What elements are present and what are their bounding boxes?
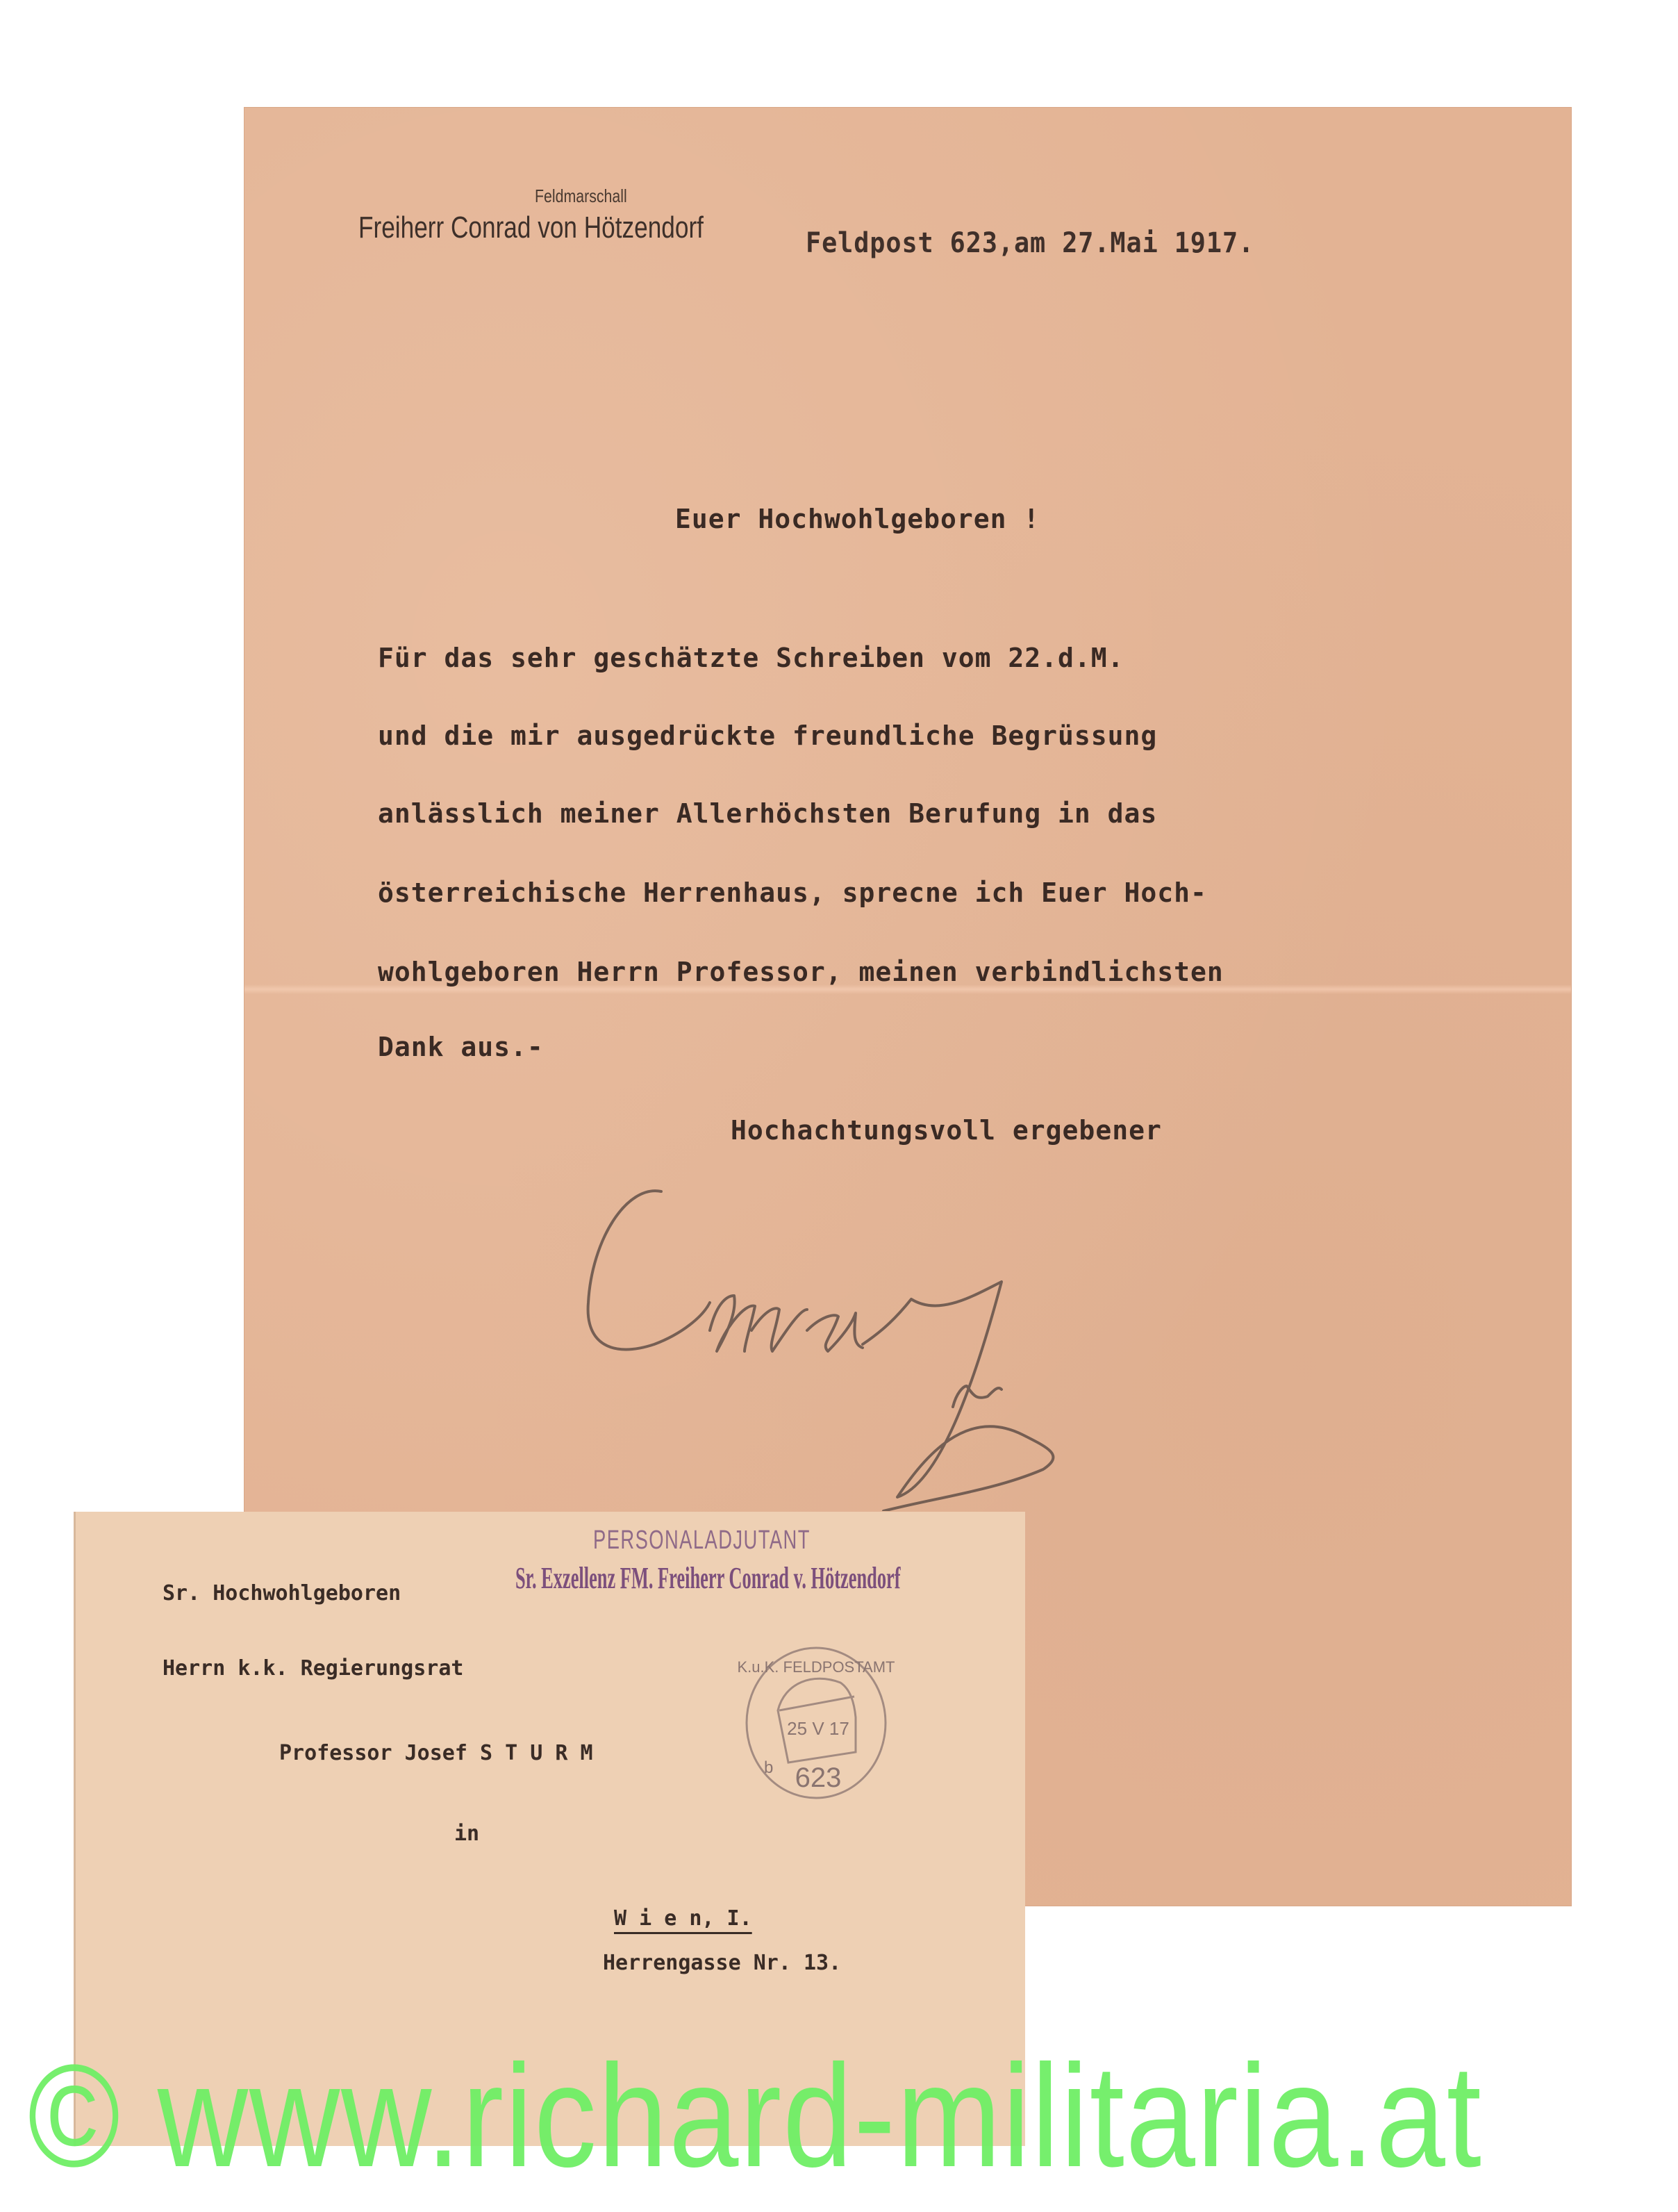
sender-stamp-subtitle: Sr. Exzellenz FM. Freiherr Conrad v. Höt…	[515, 1560, 901, 1596]
body-line: wohlgeboren Herrn Professor, meinen verb…	[378, 957, 1224, 987]
address-line: W i e n, I.	[614, 1906, 752, 1931]
letterhead-rank: Feldmarschall	[535, 185, 627, 207]
body-line: anlässlich meiner Allerhöchsten Berufung…	[378, 798, 1157, 829]
letterhead-name: Freiherr Conrad von Hötzendorf	[358, 211, 704, 245]
postmark-letter: b	[764, 1758, 773, 1777]
address-line: Sr. Hochwohlgeboren	[163, 1581, 401, 1606]
watermark: © www.richard-militaria.at	[28, 2032, 1483, 2200]
address-line: Herrn k.k. Regierungsrat	[163, 1656, 463, 1681]
sender-stamp-title: PERSONALADJUTANT	[593, 1526, 811, 1555]
address-line: Herrengasse Nr. 13.	[603, 1951, 841, 1975]
postmark-date: 25 V 17	[787, 1718, 849, 1739]
address-line: Professor Josef S T U R M	[279, 1741, 593, 1765]
postmark-number: 623	[795, 1763, 842, 1793]
body-line: Dank aus.-	[378, 1032, 544, 1062]
body-line: Für das sehr geschätzte Schreiben vom 22…	[378, 643, 1124, 673]
body-line: österreichische Herrenhaus, sprecne ich …	[378, 877, 1207, 908]
address-line: in	[454, 1822, 479, 1846]
postmark-icon: K.u.K. FELDPOSTAMT 25 V 17 b 623	[736, 1641, 896, 1801]
body-line: und die mir ausgedrückte freundliche Beg…	[378, 720, 1157, 751]
postmark-ring-text: K.u.K. FELDPOSTAMT	[738, 1658, 895, 1676]
dateline: Feldpost 623,am 27.Mai 1917.	[806, 227, 1254, 259]
salutation: Euer Hochwohlgeboren !	[675, 504, 1040, 534]
signature-icon	[578, 1122, 1203, 1511]
